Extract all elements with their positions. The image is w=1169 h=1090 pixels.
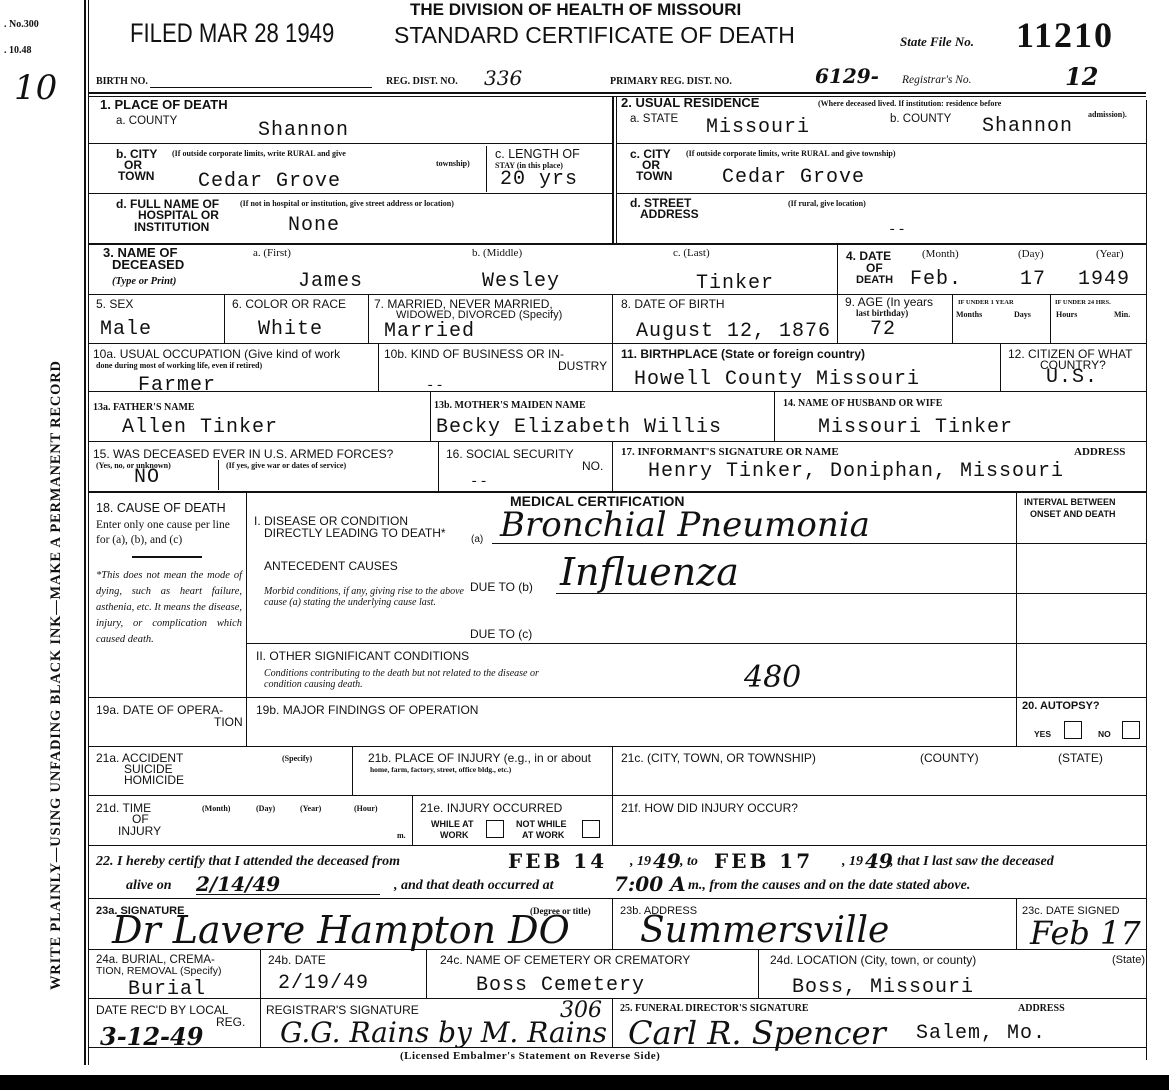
divider [260,950,261,998]
while-at-work-label: WHILE AT [431,820,474,828]
spouse-value: Missouri Tinker [818,418,1013,438]
form-revision: . 10.48 [4,46,32,55]
death-occurred-text: , and that death occurred at [394,880,553,891]
divider [88,795,1146,796]
injury-place-label: 21b. PLACE OF INJURY (e.g., in or about [368,752,591,764]
burial-state-label: (State) [1112,954,1145,966]
informant-address-label: ADDRESS [1074,448,1125,457]
father-label: 13a. FATHER'S NAME [93,403,195,412]
dod-year-label: (Year) [1096,250,1124,259]
divider [246,643,1016,644]
divider [774,392,775,441]
pod-city-note-2: township) [436,160,470,168]
divider [378,344,379,391]
disposition-label-2: TION, REMOVAL (Specify) [96,965,221,977]
division-title: THE DIVISION OF HEALTH OF MISSOURI [410,0,741,20]
res-city-value: Cedar Grove [722,168,865,188]
divider [368,295,369,343]
cemetery-value: Boss Cemetery [476,976,645,996]
residence-note-2: admission). [1088,111,1127,119]
embalmer-note: (Licensed Embalmer's Statement on Revers… [400,1050,660,1062]
injury-city-label: 21c. (CITY, TOWN, OR TOWNSHIP) [621,752,816,764]
injury-year-label: (Year) [300,805,321,813]
divider [1017,543,1146,544]
not-while-at-work-checkbox[interactable] [582,820,600,838]
divider [246,698,247,746]
hours-label: Hours [1056,311,1077,319]
occupation-value: Farmer [138,376,216,396]
divider [1016,698,1017,746]
reg-dist-label: REG. DIST. NO. [386,77,458,86]
certify-text-2: , that I last saw the deceased [890,856,1054,867]
disposition-value: Burial [128,980,206,1000]
last-name-label: c. (Last) [673,249,710,258]
divider [88,746,1146,747]
injury-m-label: m. [397,832,406,840]
injury-hour-label: (Hour) [354,805,378,813]
occupation-label: 10a. USUAL OCCUPATION (Give kind of work [93,348,340,360]
date-received-label: DATE REC'D BY LOCAL [96,1004,229,1016]
dob-value: August 12, 1876 [636,322,831,342]
autopsy-yes-label: YES [1034,730,1051,738]
attended-from-year: 49 [653,849,681,873]
age-label-2: last birthday) [856,309,908,317]
registrar-mark: 306 [560,998,602,1023]
certify-text-1: 22. I hereby certify that I attended the… [96,856,400,867]
alive-on-underline [196,894,380,895]
divider [612,899,613,949]
while-at-work-checkbox[interactable] [486,820,504,838]
birth-no-field [150,87,372,88]
divider [218,460,219,490]
divider [260,999,261,1047]
date-signed-value: Feb 17 [1030,914,1141,952]
armed-forces-value: NO [134,468,160,488]
sex-label: 5. SEX [96,298,133,310]
physician-address: Summersville [640,910,889,951]
burial-date-label: 24b. DATE [268,954,326,966]
marital-value: Married [384,322,475,342]
last-name-value: Tinker [696,274,774,294]
pod-city-value: Cedar Grove [198,172,341,192]
divider [88,391,1146,392]
mother-value: Becky Elizabeth Willis [436,418,722,438]
divider [617,193,1146,194]
age-label: 9. AGE (In years [845,296,933,308]
divider [224,295,225,343]
dod-month-value: Feb. [910,270,962,290]
filed-stamp: FILED MAR 28 1949 [130,18,334,49]
injury-state-label: (STATE) [1058,752,1103,764]
ssn-label: 16. SOCIAL SECURITY [446,448,574,460]
divider [486,146,487,192]
left-border-inner [88,0,89,1065]
father-value: Allen Tinker [122,418,278,438]
divider [837,245,838,295]
divider [430,392,431,441]
hospital-value: None [288,216,340,236]
res-county-value: Shannon [982,117,1073,137]
antecedent-note: Morbid conditions, if any, giving rise t… [264,586,474,608]
divider [1017,643,1146,644]
dod-month-label: (Month) [922,250,959,259]
divider [1017,593,1146,594]
left-border [84,0,86,1065]
mother-label: 13b. MOTHER'S MAIDEN NAME [434,401,586,410]
divider [88,294,1146,295]
cause-footnote: *This does not mean the mode of dying, s… [96,568,242,648]
date-received-label-2: REG. [216,1016,245,1028]
divider [612,96,614,244]
deceased-label-2: DECEASED [112,259,184,271]
middle-name-label: b. (Middle) [472,249,522,258]
hospital-note: (If not in hospital or institution, give… [240,200,454,208]
cemetery-label: 24c. NAME OF CEMETERY OR CREMATORY [440,954,690,966]
funeral-director-label: 25. FUNERAL DIRECTOR'S SIGNATURE [620,1004,809,1013]
registrar-signature-label: REGISTRAR'S SIGNATURE [266,1004,419,1016]
autopsy-no-checkbox[interactable] [1122,721,1140,739]
divider [837,295,838,343]
divider [88,898,1146,899]
res-state-value: Missouri [706,118,810,138]
spouse-label: 14. NAME OF HUSBAND OR WIFE [783,399,942,408]
place-of-death-label: 1. PLACE OF DEATH [100,99,228,111]
attended-to-date: FEB 17 [714,849,813,873]
dod-label-3: DEATH [856,274,893,286]
divider [88,243,1146,245]
autopsy-yes-checkbox[interactable] [1064,721,1082,739]
death-time: 7:00 A [614,872,686,896]
deceased-label-3: (Type or Print) [112,276,176,287]
ssn-label-2: NO. [582,460,603,472]
divider [556,593,1016,594]
residence-note: (Where deceased lived. If institution: r… [818,100,1001,108]
cause-a-label: (a) [471,534,483,545]
interval-label-2: ONSET AND DEATH [1030,510,1116,518]
physician-signature: Dr Lavere Hampton DO [112,908,570,952]
hospital-label-3: INSTITUTION [134,221,209,233]
alive-on-text: alive on [126,880,172,891]
autopsy-label: 20. AUTOPSY? [1022,700,1100,712]
operation-findings-label: 19b. MAJOR FINDINGS OF OPERATION [256,704,478,716]
months-label: Months [956,311,982,319]
primary-reg-number: 6129- [815,64,879,88]
autopsy-no-label: NO [1098,730,1111,738]
right-border [1146,100,1147,1060]
divider [612,442,613,491]
divider [612,999,613,1047]
operation-date-label-2: TION [214,716,243,728]
cause-b-label: DUE TO (b) [470,582,533,593]
registrar-number: 12 [1065,62,1098,91]
min-label: Min. [1114,311,1130,319]
under-1-year-label: IF UNDER 1 YEAR [958,299,1014,307]
certify-text-3: m., from the causes and on the date stat… [688,880,970,891]
res-street-label-2: ADDRESS [640,208,699,220]
state-file-number: 11210 [1016,14,1114,56]
cause-of-death-label: 18. CAUSE OF DEATH [96,502,226,514]
age-value: 72 [870,320,896,340]
burial-location-value: Boss, Missouri [792,978,974,998]
business-label-2: DUSTRY [558,360,607,372]
not-while-at-work-label: NOT WHILE [516,820,567,828]
injury-specify: (Specify) [282,755,312,763]
pod-city-label-town: TOWN [118,170,154,182]
attended-from-date: FEB 14 [508,849,607,873]
divider [88,343,1146,344]
divider [438,442,439,491]
other-conditions-label: II. OTHER SIGNIFICANT CONDITIONS [256,650,469,662]
dod-day-label: (Day) [1018,250,1044,259]
divider [88,92,1146,94]
citizen-value: U.S. [1046,368,1098,388]
first-name-value: James [298,272,363,292]
res-city-note: (If outside corporate limits, write RURA… [686,150,896,158]
cause-instructions: Enter only one cause per line for (a), (… [96,518,242,548]
birthplace-label: 11. BIRTHPLACE (State or foreign country… [621,348,865,360]
scan-edge [0,1075,1169,1090]
birthplace-value: Howell County Missouri [634,370,920,390]
how-injury-label: 21f. HOW DID INJURY OCCUR? [621,802,798,814]
certificate-title: STANDARD CERTIFICATE OF DEATH [394,22,795,49]
funeral-address-label: ADDRESS [1018,1004,1065,1013]
pod-county-value: Shannon [258,121,349,141]
not-while-at-work-label-2: AT WORK [522,831,564,839]
race-label: 6. COLOR OR RACE [232,298,346,310]
registrar-no-label: Registrar's No. [902,75,972,86]
divider [1016,492,1017,698]
funeral-address-value: Salem, Mo. [916,1024,1046,1044]
injury-time-label-3: INJURY [118,825,161,837]
ssn-value: -- [470,472,489,492]
divider [88,949,1146,950]
antecedent-label: ANTECEDENT CAUSES [264,560,398,572]
injury-place-label-2: home, farm, factory, street, office bldg… [370,766,511,774]
dob-label: 8. DATE OF BIRTH [621,298,725,310]
birth-no-label: BIRTH NO. [96,77,148,86]
registrar-signature: G.G. Rains by M. Rains [280,1016,607,1049]
occupation-note: done during most of working life, even i… [96,362,262,370]
dod-year-value: 1949 [1078,270,1130,290]
divider [612,747,613,845]
divider [88,143,612,144]
margin-handwritten-mark: 10 [14,68,57,108]
other-conditions-mark: 480 [744,660,801,695]
to-text: , to [680,856,698,867]
burial-location-label: 24d. LOCATION (City, town, or county) [770,954,976,966]
stay-value: 20 yrs [500,170,578,190]
injury-type-label-3: HOMICIDE [124,774,184,786]
injury-occurred-label: 21e. INJURY OCCURRED [420,802,562,814]
alive-on-date: 2/14/49 [196,872,280,896]
dod-day-value: 17 [1020,270,1046,290]
stay-label: c. LENGTH OF [495,148,580,160]
primary-reg-label: PRIMARY REG. DIST. NO. [610,77,732,86]
divider [412,796,413,845]
armed-forces-note-2: (If yes, give war or dates of service) [226,462,346,470]
injury-county-label: (COUNTY) [920,752,979,764]
sex-value: Male [100,320,152,340]
divider [88,1047,1146,1048]
dod-label-2: OF [866,262,883,274]
divider [88,193,612,194]
year-prefix-1: , 19 [630,856,651,867]
interval-label: INTERVAL BETWEEN [1024,498,1116,506]
divider [88,96,1146,97]
divider [758,950,759,998]
divider [952,295,953,343]
burial-date-value: 2/19/49 [278,974,369,994]
year-prefix-2: , 19 [842,856,863,867]
res-state-label: a. STATE [630,114,678,125]
cause-a-value: Bronchial Pneumonia [500,505,870,545]
business-label: 10b. KIND OF BUSINESS OR IN- [384,348,564,360]
residence-label: 2. USUAL RESIDENCE [621,97,759,109]
cause-c-label: DUE TO (c) [470,629,532,640]
first-name-label: a. (First) [253,249,291,258]
operation-date-label: 19a. DATE OF OPERA- [96,704,223,716]
res-county-label: b. COUNTY [890,114,951,125]
reg-dist-number: 336 [484,66,522,90]
attended-to-year: 49 [865,849,893,873]
margin-instruction: WRITE PLAINLY—USING UNFADING BLACK INK—M… [48,360,65,990]
armed-forces-label: 15. WAS DECEASED EVER IN U.S. ARMED FORC… [93,448,393,460]
injury-day-label: (Day) [256,805,275,813]
divider [352,747,353,795]
informant-value: Henry Tinker, Doniphan, Missouri [648,462,1064,482]
injury-month-label: (Month) [202,805,230,813]
other-conditions-note: Conditions contributing to the death but… [264,668,564,690]
divider [617,143,1146,144]
res-street-value: -- [888,220,907,240]
divider [88,998,1146,999]
divider [88,441,1146,442]
divider [132,556,202,558]
disease-label-2: DIRECTLY LEADING TO DEATH* [264,527,446,539]
pod-county-label: a. COUNTY [116,116,177,127]
divider [88,845,1146,846]
cause-b-value: Influenza [560,550,739,594]
divider [1016,899,1017,949]
divider [1050,295,1051,343]
divider [1000,344,1001,391]
pod-city-note: (If outside corporate limits, write RURA… [172,150,346,158]
middle-name-value: Wesley [482,272,560,292]
divider [426,950,427,998]
form-number: . No.300 [4,20,39,29]
race-value: White [258,320,323,340]
informant-label: 17. INFORMANT'S SIGNATURE OR NAME [621,448,839,457]
days-label: Days [1014,311,1031,319]
while-at-work-label-2: WORK [440,831,469,839]
divider [616,96,617,244]
res-city-label-town: TOWN [636,170,672,182]
state-file-label: State File No. [900,36,974,47]
res-street-note: (If rural, give location) [788,200,866,208]
divider [246,492,247,698]
under-24-hrs-label: IF UNDER 24 HRS. [1055,299,1111,307]
divider [492,543,1016,544]
business-value: -- [426,376,445,396]
